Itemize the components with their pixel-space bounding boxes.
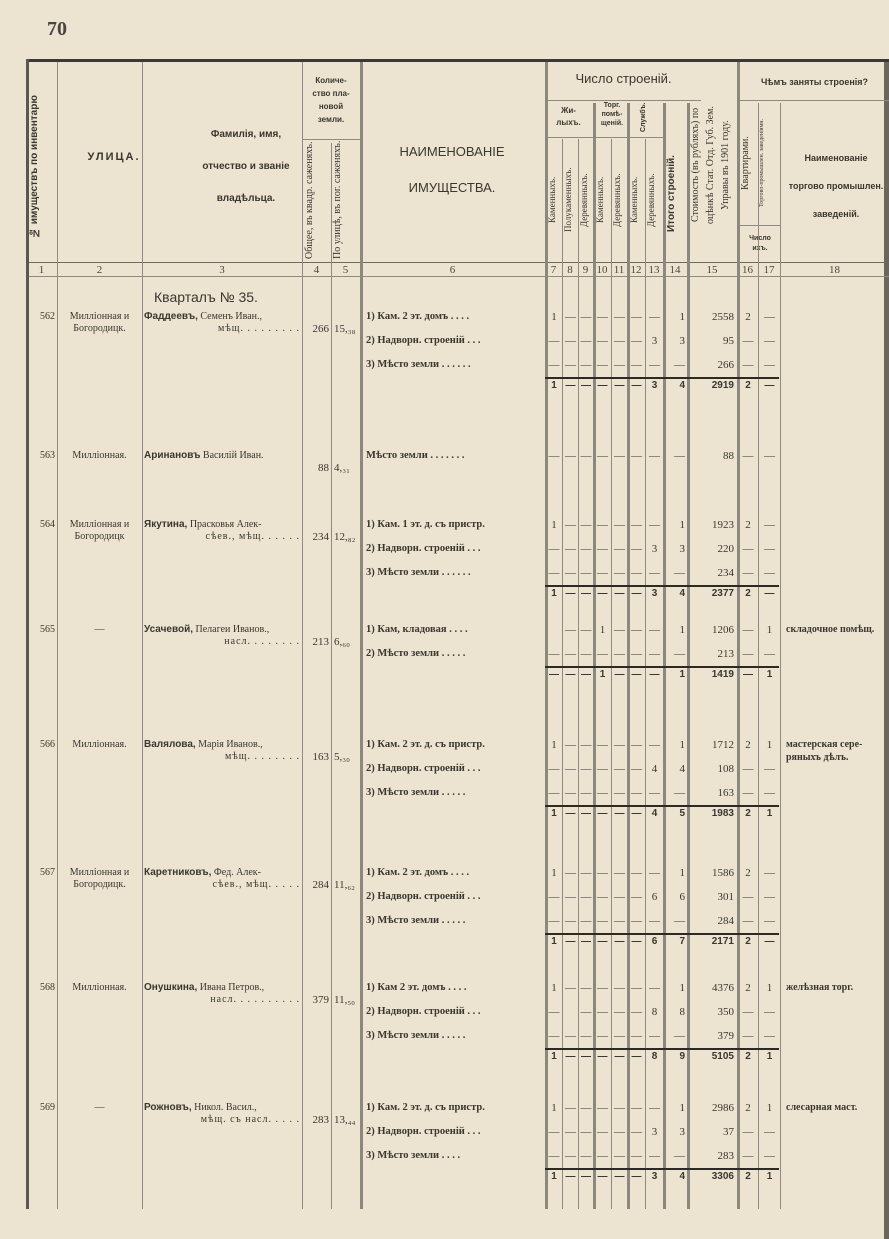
- building-count: —: [546, 787, 562, 799]
- building-count: —: [628, 311, 645, 323]
- frontage: 11,₅₀: [334, 994, 360, 1006]
- valuation: 220: [687, 543, 734, 555]
- street-name: Богородицк.: [57, 879, 142, 890]
- property-item: Мѣсто земли . . . . . . .: [366, 450, 544, 461]
- total-buildings: 4: [663, 763, 685, 775]
- subtotal-count: —: [594, 1171, 611, 1182]
- building-count: —: [646, 519, 663, 531]
- header-inventory-no: № имуществъ по инвентарю: [29, 74, 53, 259]
- street-name: Милліонная и: [57, 311, 142, 322]
- trade-count: —: [759, 519, 780, 531]
- apartments-count: —: [738, 1150, 758, 1162]
- subtotal-count: —: [612, 588, 627, 599]
- building-count: —: [628, 1006, 645, 1018]
- header-frontage: По улицѣ, въ пог. саженяхъ.: [332, 144, 358, 259]
- building-count: —: [594, 1150, 611, 1162]
- building-count: —: [594, 335, 611, 347]
- owner-surname: Фаддеевъ,: [144, 311, 198, 322]
- building-count: —: [563, 982, 578, 994]
- apartments-count: —: [738, 567, 758, 579]
- trade-count: —: [759, 787, 780, 799]
- trade-count: —: [759, 567, 780, 579]
- building-count: —: [646, 624, 663, 636]
- apartments-count: —: [738, 648, 758, 660]
- count-l2: ихъ.: [738, 244, 782, 254]
- col18-l3: заведеній.: [783, 200, 889, 228]
- apartments-count: —: [738, 891, 758, 903]
- table-top-rule: [26, 59, 889, 62]
- subtotal-valuation: 1983: [687, 808, 734, 819]
- street-name: Богородицк: [57, 531, 142, 542]
- header-col16-apartments: Квартирами.: [740, 103, 758, 223]
- colnum-bottom-rule: [26, 276, 889, 277]
- building-count: —: [563, 648, 578, 660]
- building-count: —: [563, 543, 578, 555]
- building-count: 6: [646, 891, 663, 903]
- building-count: —: [646, 867, 663, 879]
- subtotal-rule: [545, 585, 779, 587]
- building-count: —: [594, 891, 611, 903]
- building-count: —: [612, 519, 627, 531]
- column-number: 6: [360, 264, 545, 276]
- apartments-count: 2: [738, 311, 758, 323]
- building-count: —: [628, 450, 645, 462]
- building-count: —: [628, 567, 645, 579]
- building-count: —: [579, 867, 593, 879]
- section-title: Кварталъ № 35.: [106, 289, 306, 305]
- land-group-rule: [302, 139, 360, 140]
- frontage: 4,₃₁: [334, 462, 360, 474]
- owner-name: Рожновъ, Никол. Васил.,: [144, 1102, 302, 1113]
- building-count: —: [612, 648, 627, 660]
- building-count: 1: [546, 519, 562, 531]
- trade-count: —: [759, 1150, 780, 1162]
- subtotal-count: —: [612, 808, 627, 819]
- building-count: —: [594, 739, 611, 751]
- total-buildings: 1: [663, 739, 685, 751]
- valuation: 2558: [687, 311, 734, 323]
- apartments-count: —: [738, 763, 758, 775]
- subtotal-trade: —: [759, 588, 780, 599]
- street-name: —: [57, 624, 142, 635]
- subtotal-rule: [545, 805, 779, 807]
- total-buildings: 3: [663, 1126, 685, 1138]
- total-buildings: 1: [663, 982, 685, 994]
- subtotal-apartments: 2: [738, 588, 758, 599]
- header-col17-trade: Торгово-промышлен. заведеніями.: [759, 103, 777, 223]
- building-count: —: [546, 450, 562, 462]
- owner-given: Никол. Васил.,: [194, 1102, 257, 1113]
- property-item: 2) Надворн. строеній . . .: [366, 1006, 544, 1017]
- inventory-number: 565: [26, 624, 55, 635]
- building-count: —: [612, 543, 627, 555]
- header-property-l1: НАИМЕНОВАНІЕ: [362, 134, 542, 170]
- apartments-count: —: [738, 543, 758, 555]
- header-count: Число ихъ.: [738, 234, 782, 254]
- valuation: 1586: [687, 867, 734, 879]
- owner-given: Марія Иванов.,: [198, 739, 263, 750]
- building-count: —: [563, 1150, 578, 1162]
- property-item: 2) Мѣсто земли . . . . .: [366, 648, 544, 659]
- header-residential: Жи- лыхъ.: [546, 105, 591, 129]
- subtotal-count: —: [612, 936, 627, 947]
- building-count: —: [612, 335, 627, 347]
- building-count: 3: [646, 543, 663, 555]
- subtotal-count: 1: [546, 380, 562, 391]
- building-count: —: [579, 739, 593, 751]
- inventory-number: 566: [26, 739, 55, 750]
- building-count: —: [579, 359, 593, 371]
- column-rule: [142, 62, 143, 1209]
- subtotal-count: —: [563, 1171, 578, 1182]
- col15-l3: Управы въ 1901 году.: [720, 71, 734, 259]
- trade-count: —: [759, 335, 780, 347]
- property-item: 1) Кам 2 эт. домъ . . . .: [366, 982, 544, 993]
- building-count: —: [612, 1150, 627, 1162]
- building-count: —: [646, 982, 663, 994]
- subtotal-count: —: [628, 669, 645, 680]
- header-bottom-rule: [26, 262, 889, 263]
- subtotal-count: —: [628, 808, 645, 819]
- building-count: —: [646, 450, 663, 462]
- property-item: 2) Надворн. строеній . . .: [366, 763, 544, 774]
- subtotal-valuation: 2919: [687, 380, 734, 391]
- building-count: —: [628, 1150, 645, 1162]
- trade-l3: щеній.: [594, 119, 630, 128]
- subtotal-count: —: [563, 669, 578, 680]
- subtotal-trade: —: [759, 380, 780, 391]
- apartments-count: 2: [738, 867, 758, 879]
- valuation: 1206: [687, 624, 734, 636]
- subtotal-buildings: 5: [663, 808, 685, 819]
- building-count: —: [594, 519, 611, 531]
- building-count: —: [594, 648, 611, 660]
- subtotal-count: 1: [546, 808, 562, 819]
- building-count: —: [594, 982, 611, 994]
- apartments-count: —: [738, 1126, 758, 1138]
- subtotal-trade: 1: [759, 669, 780, 680]
- building-count: —: [579, 787, 593, 799]
- subtotal-count: —: [594, 1051, 611, 1062]
- building-count: —: [579, 311, 593, 323]
- building-count: —: [563, 624, 578, 636]
- inventory-number: 564: [26, 519, 55, 530]
- building-count: —: [579, 1126, 593, 1138]
- business-name: мастерская сере-: [786, 739, 889, 750]
- subtotal-count: 3: [646, 380, 663, 391]
- owner-given: Василій Иван.: [203, 450, 264, 461]
- header-trade-premises: Торг. помѣ- щеній.: [594, 101, 630, 128]
- building-count: —: [628, 1102, 645, 1114]
- subtotal-rule: [545, 1168, 779, 1170]
- building-count: —: [579, 891, 593, 903]
- building-count: —: [628, 543, 645, 555]
- building-count: —: [546, 763, 562, 775]
- subtotal-valuation: 2171: [687, 936, 734, 947]
- building-count: —: [646, 648, 663, 660]
- header-col13: Деревянныхъ.: [646, 141, 662, 259]
- business-name: желѣзная торг.: [786, 982, 889, 993]
- trade-count: 1: [759, 739, 780, 751]
- property-item: 3) Мѣсто земли . . . . .: [366, 915, 544, 926]
- building-count: —: [563, 867, 578, 879]
- building-count: —: [646, 915, 663, 927]
- subtotal-count: —: [628, 588, 645, 599]
- total-buildings: 8: [663, 1006, 685, 1018]
- building-count: —: [594, 787, 611, 799]
- trade-count: —: [759, 648, 780, 660]
- col15-l2: оцѣнкѣ Стат. Отд. Губ. Зем.: [705, 71, 719, 259]
- subtotal-count: —: [628, 1171, 645, 1182]
- inventory-number: 563: [26, 450, 55, 461]
- subtotal-count: —: [612, 669, 627, 680]
- header-occupied-by: Чѣмъ заняты строенія?: [740, 77, 889, 87]
- building-count: —: [646, 1150, 663, 1162]
- building-count: —: [563, 335, 578, 347]
- subtotal-trade: 1: [759, 1171, 780, 1182]
- valuation: 4376: [687, 982, 734, 994]
- residential-l2: лыхъ.: [546, 117, 591, 129]
- building-count: —: [546, 1126, 562, 1138]
- owner-surname: Каретниковъ,: [144, 867, 211, 878]
- column-rule: [780, 103, 781, 1209]
- building-count: —: [546, 648, 562, 660]
- building-count: 1: [546, 311, 562, 323]
- building-count: —: [594, 1126, 611, 1138]
- frontage: 11,₆₂: [334, 879, 360, 891]
- valuation: 213: [687, 648, 734, 660]
- subtotal-buildings: 7: [663, 936, 685, 947]
- valuation: 37: [687, 1126, 734, 1138]
- building-count: —: [579, 335, 593, 347]
- owner-name: Якутина, Прасковья Алек-: [144, 519, 302, 530]
- column-number: 2: [57, 264, 142, 276]
- building-count: —: [628, 1126, 645, 1138]
- page-number: 70: [47, 18, 67, 41]
- land-group-l3: новой: [302, 100, 360, 113]
- subtotal-buildings: 1: [663, 669, 685, 680]
- subgroup-rule: [546, 137, 664, 138]
- subtotal-count: 8: [646, 1051, 663, 1062]
- subtotal-count: 1: [594, 669, 611, 680]
- subtotal-count: —: [579, 669, 593, 680]
- total-buildings: —: [663, 1150, 685, 1162]
- frontage: 6,₆₀: [334, 636, 360, 648]
- frontage: 15,₃₈: [334, 323, 360, 335]
- frontage: 12,₈₂: [334, 531, 360, 543]
- building-count: —: [646, 311, 663, 323]
- building-count: —: [579, 648, 593, 660]
- subtotal-count: 1: [546, 936, 562, 947]
- total-buildings: —: [663, 648, 685, 660]
- subtotal-count: 1: [546, 1051, 562, 1062]
- apartments-count: 2: [738, 519, 758, 531]
- subtotal-count: 1: [546, 588, 562, 599]
- building-count: —: [579, 1006, 593, 1018]
- valuation: 234: [687, 567, 734, 579]
- trade-count: 1: [759, 624, 780, 636]
- header-col11: Деревянныхъ.: [612, 141, 628, 259]
- building-count: —: [628, 359, 645, 371]
- building-count: —: [563, 787, 578, 799]
- apartments-count: —: [738, 1030, 758, 1042]
- property-item: 2) Надворн. строеній . . .: [366, 891, 544, 902]
- building-count: —: [579, 519, 593, 531]
- property-item: 3) Мѣсто земли . . . . . .: [366, 567, 544, 578]
- inventory-number: 568: [26, 982, 55, 993]
- owner-name: Аринановъ Василій Иван.: [144, 450, 302, 461]
- subtotal-count: —: [628, 380, 645, 391]
- land-group-l1: Количе-: [302, 74, 360, 87]
- building-count: —: [579, 543, 593, 555]
- building-count: —: [579, 1150, 593, 1162]
- owner-surname: Валялова,: [144, 739, 196, 750]
- building-count: —: [646, 359, 663, 371]
- building-count: —: [594, 359, 611, 371]
- col18-l1: Наименованіе: [783, 144, 889, 172]
- building-count: —: [594, 1102, 611, 1114]
- valuation: 266: [687, 359, 734, 371]
- subtotal-count: —: [612, 1171, 627, 1182]
- building-count: —: [546, 1150, 562, 1162]
- owner-surname: Рожновъ,: [144, 1102, 192, 1113]
- total-buildings: —: [663, 915, 685, 927]
- subtotal-count: —: [563, 808, 578, 819]
- subtotal-buildings: 9: [663, 1051, 685, 1062]
- property-item: 3) Мѣсто земли . . . . . .: [366, 359, 544, 370]
- building-count: —: [563, 450, 578, 462]
- building-count: —: [594, 543, 611, 555]
- total-buildings: 1: [663, 311, 685, 323]
- building-count: —: [546, 915, 562, 927]
- valuation: 163: [687, 787, 734, 799]
- col15-l1: Стоимость (въ рубляхъ) по: [690, 71, 704, 259]
- property-item: 1) Кам. 2 эт. д. съ пристр.: [366, 739, 544, 750]
- total-buildings: 1: [663, 1102, 685, 1114]
- subtotal-count: —: [646, 669, 663, 680]
- total-buildings: 1: [663, 624, 685, 636]
- col18-l2: торгово промышлен.: [783, 172, 889, 200]
- land-area: 88: [302, 462, 329, 474]
- subtotal-count: —: [579, 380, 593, 391]
- building-count: —: [579, 763, 593, 775]
- total-buildings: 3: [663, 543, 685, 555]
- building-count: —: [612, 891, 627, 903]
- subtotal-count: —: [563, 588, 578, 599]
- total-buildings: 3: [663, 335, 685, 347]
- building-count: —: [563, 891, 578, 903]
- subtotal-buildings: 4: [663, 380, 685, 391]
- apartments-count: —: [738, 359, 758, 371]
- header-property-name: НАИМЕНОВАНІЕ ИМУЩЕСТВА.: [362, 134, 542, 206]
- building-count: —: [594, 311, 611, 323]
- building-count: 8: [646, 1006, 663, 1018]
- building-count: 4: [646, 763, 663, 775]
- subtotal-count: 4: [646, 808, 663, 819]
- column-number: 15: [687, 264, 737, 276]
- building-count: —: [612, 763, 627, 775]
- trade-count: —: [759, 359, 780, 371]
- subtotal-count: —: [594, 380, 611, 391]
- header-col7: Каменныхъ.: [547, 141, 563, 259]
- total-buildings: 1: [663, 867, 685, 879]
- trade-count: —: [759, 1030, 780, 1042]
- owner-status: сѣев., мѣщ. . . . .: [144, 879, 300, 890]
- owner-name: Усачевой, Пелагеи Иванов.,: [144, 624, 302, 635]
- building-count: —: [546, 359, 562, 371]
- subtotal-count: —: [612, 380, 627, 391]
- building-count: —: [563, 1126, 578, 1138]
- column-number: 3: [142, 264, 302, 276]
- trade-l2: помѣ-: [594, 110, 630, 119]
- building-count: 1: [594, 624, 611, 636]
- land-area: 266: [302, 323, 329, 335]
- owner-name: Каретниковъ, Фед. Алек-: [144, 867, 302, 878]
- subtotal-count: —: [563, 936, 578, 947]
- owner-status: мѣщ. съ насл. . . . .: [144, 1114, 300, 1125]
- subtotal-count: —: [563, 380, 578, 391]
- owner-status: мѣщ. . . . . . . .: [144, 751, 300, 762]
- subtotal-rule: [545, 1048, 779, 1050]
- valuation: 301: [687, 891, 734, 903]
- building-count: —: [628, 763, 645, 775]
- column-number: 11: [611, 264, 627, 276]
- building-count: —: [546, 891, 562, 903]
- subtotal-count: —: [579, 936, 593, 947]
- building-count: —: [563, 567, 578, 579]
- total-buildings: 6: [663, 891, 685, 903]
- header-buildings-count: Число строеній.: [546, 71, 701, 86]
- building-count: —: [612, 359, 627, 371]
- total-buildings: —: [663, 1030, 685, 1042]
- owner-given: Семенъ Иван.,: [200, 311, 262, 322]
- building-count: —: [594, 1006, 611, 1018]
- valuation: 88: [687, 450, 734, 462]
- building-count: —: [546, 1030, 562, 1042]
- building-count: —: [612, 311, 627, 323]
- trade-count: —: [759, 311, 780, 323]
- subtotal-trade: 1: [759, 1051, 780, 1062]
- subtotal-count: —: [579, 808, 593, 819]
- subtotal-rule: [545, 377, 779, 379]
- building-count: —: [628, 739, 645, 751]
- building-count: —: [579, 982, 593, 994]
- header-col14-total: Итого строеній.: [666, 129, 686, 259]
- owner-name: Фаддеевъ, Семенъ Иван.,: [144, 311, 302, 322]
- building-count: 3: [646, 1126, 663, 1138]
- building-count: —: [628, 624, 645, 636]
- trade-count: —: [759, 891, 780, 903]
- apartments-count: 2: [738, 739, 758, 751]
- building-count: —: [594, 450, 611, 462]
- building-count: 1: [546, 867, 562, 879]
- building-count: —: [579, 450, 593, 462]
- subtotal-count: —: [579, 1051, 593, 1062]
- building-count: —: [612, 624, 627, 636]
- building-count: —: [612, 567, 627, 579]
- subtotal-valuation: 3306: [687, 1171, 734, 1182]
- total-buildings: —: [663, 567, 685, 579]
- building-count: —: [546, 335, 562, 347]
- building-count: —: [594, 763, 611, 775]
- frontage: 5,₃₀: [334, 751, 360, 763]
- street-name: Милліонная и: [57, 867, 142, 878]
- building-count: —: [594, 1030, 611, 1042]
- subtotal-count: 3: [646, 1171, 663, 1182]
- header-property-l2: ИМУЩЕСТВА.: [362, 170, 542, 206]
- column-number: 13: [645, 264, 663, 276]
- subtotal-valuation: 1419: [687, 669, 734, 680]
